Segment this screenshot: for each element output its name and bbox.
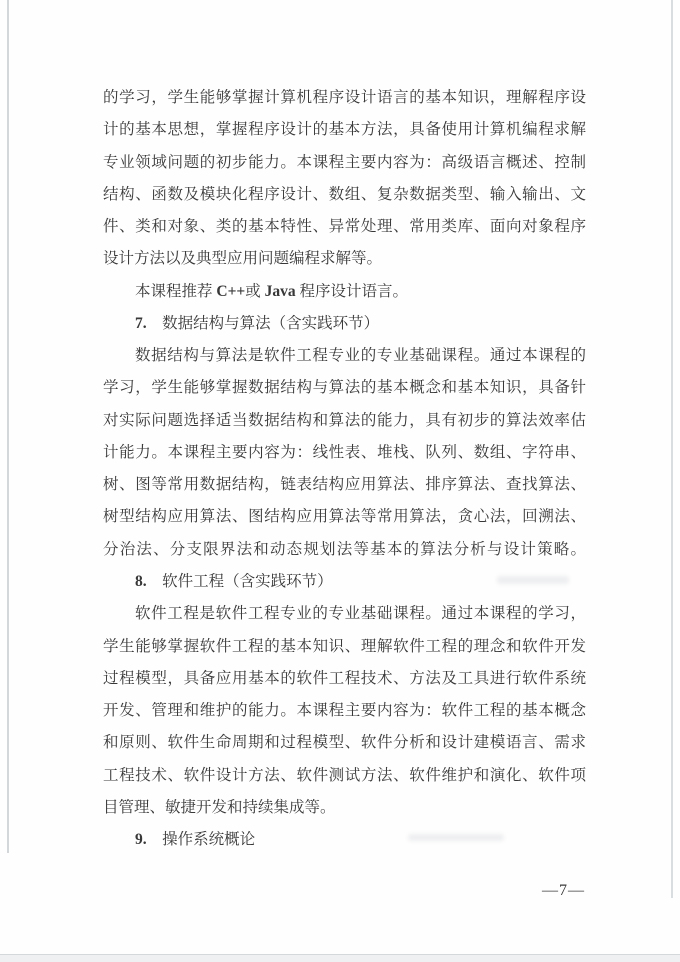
text-line-21: 和原则、软件生命周期和过程模型、软件分析和设计建模语言、需求 (103, 727, 586, 759)
scan-edge-right (671, 0, 673, 898)
document-text: 的学习，学生能够掌握计算机程序设计语言的基本知识，理解程序设计的基本思想，掌握程… (103, 82, 586, 856)
text-segment: 过程模型，具备应用基本的软件工程技术、方法及工具进行软件系统 (103, 670, 586, 687)
text-line-10: 学习，学生能够掌握数据结构与算法的基本概念和基本知识，具备针 (103, 372, 586, 404)
text-segment: 树型结构应用算法、图结构应用算法等常用算法，贪心法，回溯法、 (103, 508, 586, 525)
text-line-18: 学生能够掌握软件工程的基本知识、理解软件工程的理念和软件开发 (103, 631, 586, 663)
text-line-20: 开发、管理和维护的能力。本课程主要内容为：软件工程的基本概念 (103, 695, 586, 727)
text-line-15: 分治法、分支限界法和动态规划法等基本的算法分析与设计策略。 (103, 534, 586, 566)
text-segment: 工程技术、软件设计方法、软件测试方法、软件维护和演化、软件项 (103, 767, 586, 784)
text-segment: 对实际问题选择适当数据结构和算法的能力，具有初步的算法效率估 (103, 412, 586, 429)
text-line-19: 过程模型，具备应用基本的软件工程技术、方法及工具进行软件系统 (103, 663, 586, 695)
text-segment: 的学习，学生能够掌握计算机程序设计语言的基本知识，理解程序设 (103, 89, 586, 106)
bold-text-segment: 7. (135, 315, 147, 332)
text-line-1: 的学习，学生能够掌握计算机程序设计语言的基本知识，理解程序设 (103, 82, 586, 114)
text-segment: 操作系统概论 (147, 831, 256, 848)
bold-text-segment: 9. (135, 831, 147, 848)
text-line-3: 专业领域问题的初步能力。本课程主要内容为：高级语言概述、控制 (103, 147, 586, 179)
text-segment: 数据结构与算法是软件工程专业的专业基础课程。通过本课程的 (135, 347, 586, 364)
scan-edge-left (7, 0, 9, 853)
text-segment: 分治法、分支限界法和动态规划法等基本的算法分析与设计策略。 (103, 541, 586, 558)
text-segment: 设计方法以及典型应用问题编程求解等。 (103, 250, 382, 267)
text-segment: 计能力。本课程主要内容为：线性表、堆栈、队列、数组、字符串、 (103, 444, 586, 461)
text-segment: 程序设计语言。 (296, 283, 408, 300)
text-segment: 树、图等常用数据结构，链表结构应用算法、排序算法、查找算法、 (103, 476, 586, 493)
text-segment: 计的基本思想，掌握程序设计的基本方法，具备使用计算机编程求解 (103, 121, 586, 138)
page-number: —7— (542, 882, 585, 900)
text-line-23: 目管理、敏捷开发和持续集成等。 (103, 792, 586, 824)
text-line-16: 8. 软件工程（含实践环节） (103, 566, 586, 598)
text-segment: 学习，学生能够掌握数据结构与算法的基本概念和基本知识，具备针 (103, 379, 586, 396)
text-segment: 软件工程（含实践环节） (147, 573, 333, 590)
text-line-11: 对实际问题选择适当数据结构和算法的能力，具有初步的算法效率估 (103, 405, 586, 437)
bold-text-segment: Java (265, 283, 296, 300)
text-line-7: 本课程推荐 C++或 Java 程序设计语言。 (103, 276, 586, 308)
text-line-6: 设计方法以及典型应用问题编程求解等。 (103, 243, 586, 275)
text-line-24: 9. 操作系统概论 (103, 824, 586, 856)
text-line-2: 计的基本思想，掌握程序设计的基本方法，具备使用计算机编程求解 (103, 114, 586, 146)
bold-text-segment: 8. (135, 573, 147, 590)
text-line-22: 工程技术、软件设计方法、软件测试方法、软件维护和演化、软件项 (103, 760, 586, 792)
text-segment: 件、类和对象、类的基本特性、异常处理、常用类库、面向对象程序 (103, 218, 586, 235)
scan-edge-bottom (0, 954, 680, 962)
text-segment: 软件工程是软件工程专业的专业基础课程。通过本课程的学习， (135, 605, 586, 622)
text-segment: 和原则、软件生命周期和过程模型、软件分析和设计建模语言、需求 (103, 734, 586, 751)
text-line-9: 数据结构与算法是软件工程专业的专业基础课程。通过本课程的 (103, 340, 586, 372)
text-line-14: 树型结构应用算法、图结构应用算法等常用算法，贪心法，回溯法、 (103, 501, 586, 533)
text-line-8: 7. 数据结构与算法（含实践环节） (103, 308, 586, 340)
text-segment: 专业领域问题的初步能力。本课程主要内容为：高级语言概述、控制 (103, 154, 586, 171)
text-line-12: 计能力。本课程主要内容为：线性表、堆栈、队列、数组、字符串、 (103, 437, 586, 469)
text-segment: 本课程推荐 (135, 283, 216, 300)
text-segment: 开发、管理和维护的能力。本课程主要内容为：软件工程的基本概念 (103, 702, 586, 719)
text-line-17: 软件工程是软件工程专业的专业基础课程。通过本课程的学习， (103, 598, 586, 630)
text-segment: 目管理、敏捷开发和持续集成等。 (103, 799, 336, 816)
text-line-5: 件、类和对象、类的基本特性、异常处理、常用类库、面向对象程序 (103, 211, 586, 243)
text-line-4: 结构、函数及模块化程序设计、数组、复杂数据类型、输入输出、文 (103, 179, 586, 211)
text-segment: 学生能够掌握软件工程的基本知识、理解软件工程的理念和软件开发 (103, 638, 586, 655)
text-line-13: 树、图等常用数据结构，链表结构应用算法、排序算法、查找算法、 (103, 469, 586, 501)
document-page: 的学习，学生能够掌握计算机程序设计语言的基本知识，理解程序设计的基本思想，掌握程… (0, 0, 680, 962)
text-segment: 结构、函数及模块化程序设计、数组、复杂数据类型、输入输出、文 (103, 186, 586, 203)
text-segment: 或 (245, 283, 264, 300)
text-segment: 数据结构与算法（含实践环节） (147, 315, 380, 332)
bold-text-segment: C++ (216, 283, 245, 300)
